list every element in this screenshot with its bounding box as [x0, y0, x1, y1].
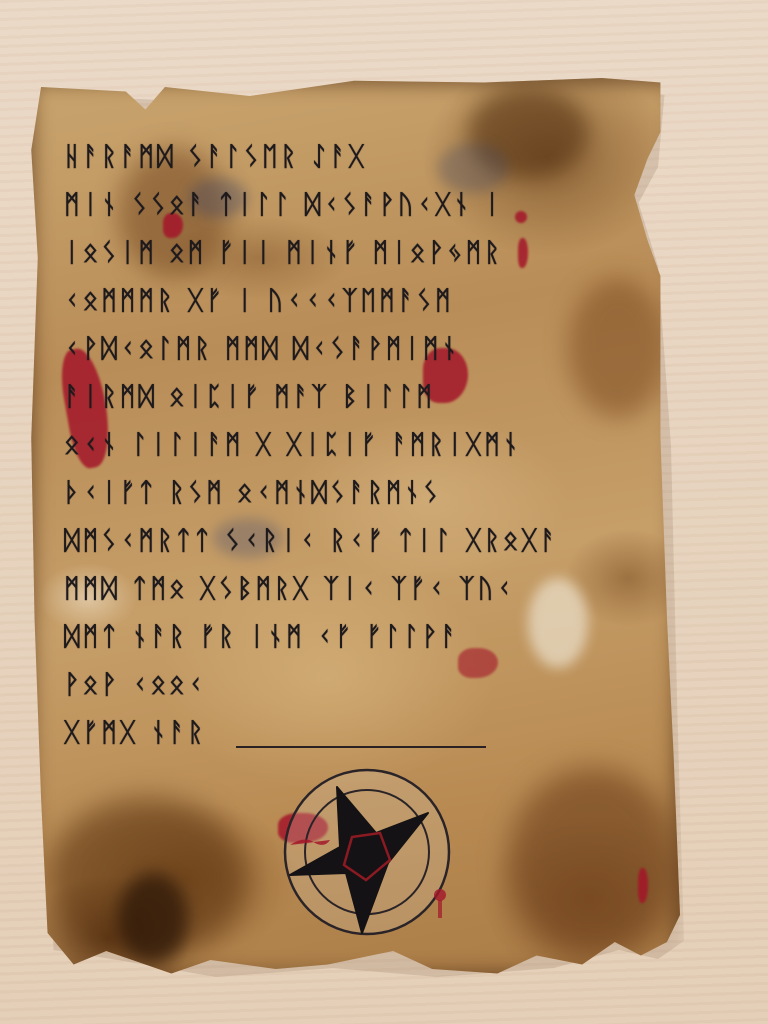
rune-line-6: ᚨᛁᚱᛗᛞ ᛟᛁᛈᛁᚠ ᛗᚨᛉ ᛒᛁᛚᛚᛗ [64, 373, 664, 421]
rune-line-4: ᚲᛟᛗᛗᛗᚱ ᚷᚠ ᛁ ᚢᚲᚲᚲᛉᛖᛗᚨᛊᛗ [64, 277, 664, 325]
rune-line-2: ᛗᛁᚾ ᛊᛊᛟᚨ ᛏᛁᛚᛚ ᛞᚲᛊᚨᚹᚢᚲᚷᚾ ᛁ [64, 181, 664, 229]
rune-line-5: ᚲᚹᛞᚲᛟᛚᛗᚱ ᛗᛗᛞ ᛞᚲᛊᚨᚹᛗᛁᛗᚾ [64, 325, 664, 373]
signature-line [236, 746, 486, 748]
rune-line-9: ᛞᛗᛊᚲᛗᚱᛏᛏ ᛊᚲᚱᛁᚲ ᚱᚲᚠ ᛏᛁᛚ ᚷᚱᛟᚷᚨ [64, 517, 664, 565]
rune-line-11: ᛞᛗᛏ ᚾᚨᚱ ᚠᚱ ᛁᚾᛗ ᚲᚠ ᚠᛚᛚᚹᚨ [64, 613, 664, 661]
rune-line-8: ᚦᚲᛁᚠᛏ ᚱᛊᛗ ᛟᚲᛗᚾᛞᛊᚨᚱᛗᚾᛊ [64, 469, 664, 517]
rune-line-13: ᚷᚠᛗᚷ ᚾᚨᚱ [64, 709, 664, 757]
rune-text-block: ᚺᚨᚱᚨᛗᛞ ᛊᚨᛚᛊᛖᚱ ᛇᚨᚷ ᛗᛁᚾ ᛊᛊᛟᚨ ᛏᛁᛚᛚ ᛞᚲᛊᚨᚹᚢᚲᚷ… [64, 133, 664, 757]
stain [508, 768, 678, 958]
rune-line-12: ᚹᛟᚹ ᚲᛟᛟᚲ [64, 661, 664, 709]
pentagram-seal-icon [280, 765, 455, 940]
rune-line-7: ᛟᚲᚾ ᛚᛁᛚᛁᚨᛗ ᚷ ᚷᛁᛈᛁᚠ ᚨᛗᚱᛁᚷᛗᚾ [64, 421, 664, 469]
rune-line-10: ᛗᛗᛞ ᛏᛗᛟ ᚷᛊᛒᛗᚱᚷ ᛉᛁᚲ ᛉᚠᚲ ᛉᚢᚲ [64, 565, 664, 613]
burn-mark [118, 873, 188, 963]
rune-line-3: ᛁᛟᛊᛁᛗ ᛟᛗ ᚠᛁᛁ ᛗᛁᚾᚠ ᛗᛁᛟᚹᛃᛗᚱ [64, 229, 664, 277]
rune-line-1: ᚺᚨᚱᚨᛗᛞ ᛊᚨᛚᛊᛖᚱ ᛇᚨᚷ [64, 133, 664, 181]
